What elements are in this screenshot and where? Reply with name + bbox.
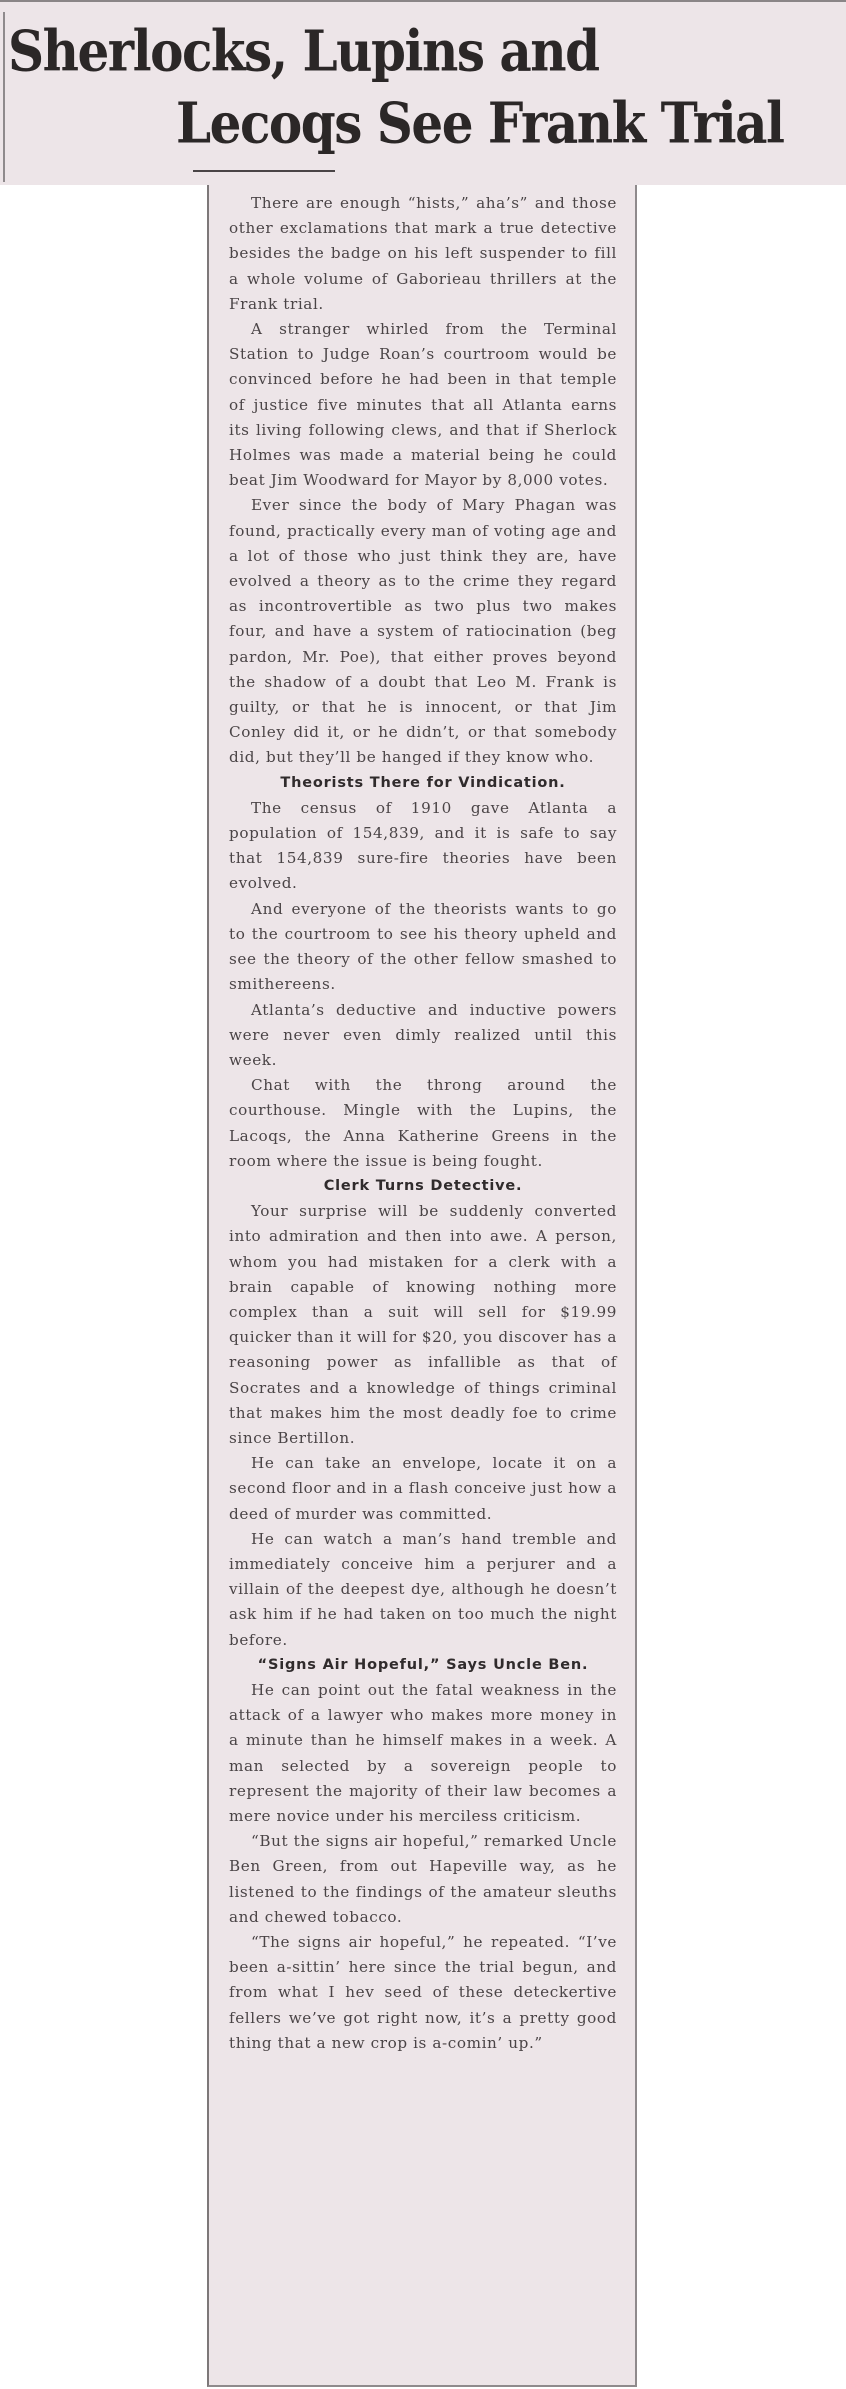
paragraph: “But the signs air hopeful,” remarked Un… [229,1829,617,1930]
paragraph: The census of 1910 gave Atlanta a popula… [229,796,617,897]
headline-line-1: Sherlocks, Lupins and [8,18,599,85]
paragraph: He can watch a man’s hand tremble and im… [229,1527,617,1653]
headline-divider [193,170,335,172]
paragraph: Your surprise will be suddenly converted… [229,1199,617,1451]
paragraph: “The signs air hopeful,” he repeated. “I… [229,1930,617,2056]
article-body: There are enough “hists,” aha’s” and tho… [229,191,617,2056]
paragraph: There are enough “hists,” aha’s” and tho… [229,191,617,317]
paragraph: Atlanta’s deductive and inductive powers… [229,998,617,1074]
subheading: Theorists There for Vindication. [229,771,617,796]
paragraph: Chat with the throng around the courthou… [229,1073,617,1174]
subheading: “Signs Air Hopeful,” Says Uncle Ben. [229,1653,617,1678]
paragraph: He can point out the fatal weakness in t… [229,1678,617,1829]
paragraph: Ever since the body of Mary Phagan was f… [229,493,617,770]
headline-line-2: Lecoqs See Frank Trial [176,90,783,157]
paragraph: And everyone of the theorists wants to g… [229,897,617,998]
headline-block: Sherlocks, Lupins and Lecoqs See Frank T… [0,0,846,185]
subheading: Clerk Turns Detective. [229,1174,617,1199]
paragraph: A stranger whirled from the Terminal Sta… [229,317,617,493]
paragraph: He can take an envelope, locate it on a … [229,1451,617,1527]
article-column: There are enough “hists,” aha’s” and tho… [207,185,637,2387]
